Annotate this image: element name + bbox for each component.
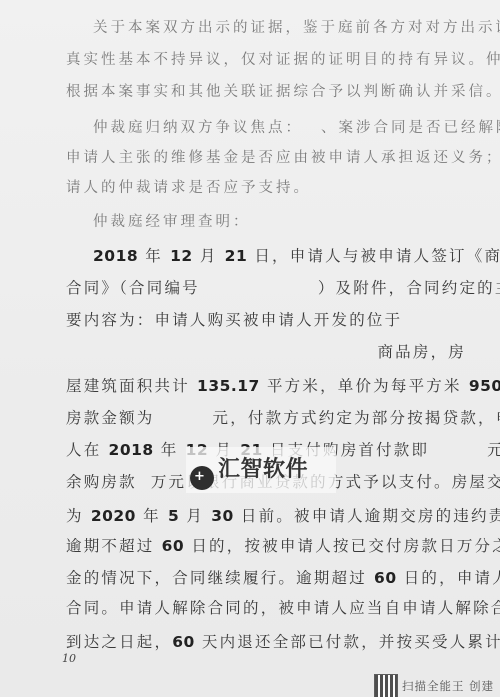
watermark-text: 汇智软件 [218, 452, 308, 483]
text-line: 要内容为：申请人购买被申请人开发的位于 [66, 308, 402, 330]
document-page: 关于本案双方出示的证据，鉴于庭前各方对对方出示证据的 真实性基本不持异议，仅对证… [0, 0, 500, 697]
text-line: 合同》（合同编号）及附件，合同约定的主 [66, 276, 500, 298]
scanner-text: 扫描全能王 创建 [402, 678, 494, 694]
text-line: 为 2020 年 5 月 30 日前。被申请人逾期交房的违约责任约定为： [66, 504, 500, 526]
text-line: 房款金额为元，付款方式约定为部分按揭贷款，申请 [66, 406, 500, 428]
text-line: 屋建筑面积共计 135.17 平方米，单价为每平方米 9500 元，总 [66, 374, 500, 396]
text-line: 合同。申请人解除合同的，被申请人应当自申请人解除合同通知 [66, 596, 500, 618]
text-line: 商品房，房 [377, 340, 466, 362]
qr-code-icon [374, 674, 398, 697]
scanner-footer: 扫描全能王 创建 [374, 674, 494, 697]
text-line: 到达之日起，60 天内退还全部已付款，并按买受人累计已付款的 [66, 630, 500, 652]
text-line: 根据本案事实和其他关联证据综合予以判断确认并采信。 [66, 80, 500, 101]
gamepad-icon [190, 466, 214, 490]
text-line: 金的情况下，合同继续履行。逾期超过 60 日的，申请人有权解除 [66, 566, 500, 588]
text-line: 真实性基本不持异议，仅对证据的证明目的持有异议。仲裁庭将 [66, 48, 500, 69]
text-line: 请人的仲裁请求是否应予支持。 [66, 176, 311, 197]
page-number: 10 [62, 652, 76, 665]
text-line: 仲裁庭归纳双方争议焦点：、案涉合同是否已经解除； [93, 116, 500, 137]
text-line: 仲裁庭经审理查明： [93, 210, 251, 231]
text-line: 2018 年 12 月 21 日，申请人与被申请人签订《商品房买卖 [93, 244, 500, 266]
text-line: 关于本案双方出示的证据，鉴于庭前各方对对方出示证据的 [93, 16, 500, 37]
text-line: 申请人主张的维修基金是否应由被申请人承担返还义务；申 [66, 146, 500, 167]
text-line: 逾期不超过 60 日的，按被申请人按已交付房款日万分之一违约 [66, 534, 500, 556]
